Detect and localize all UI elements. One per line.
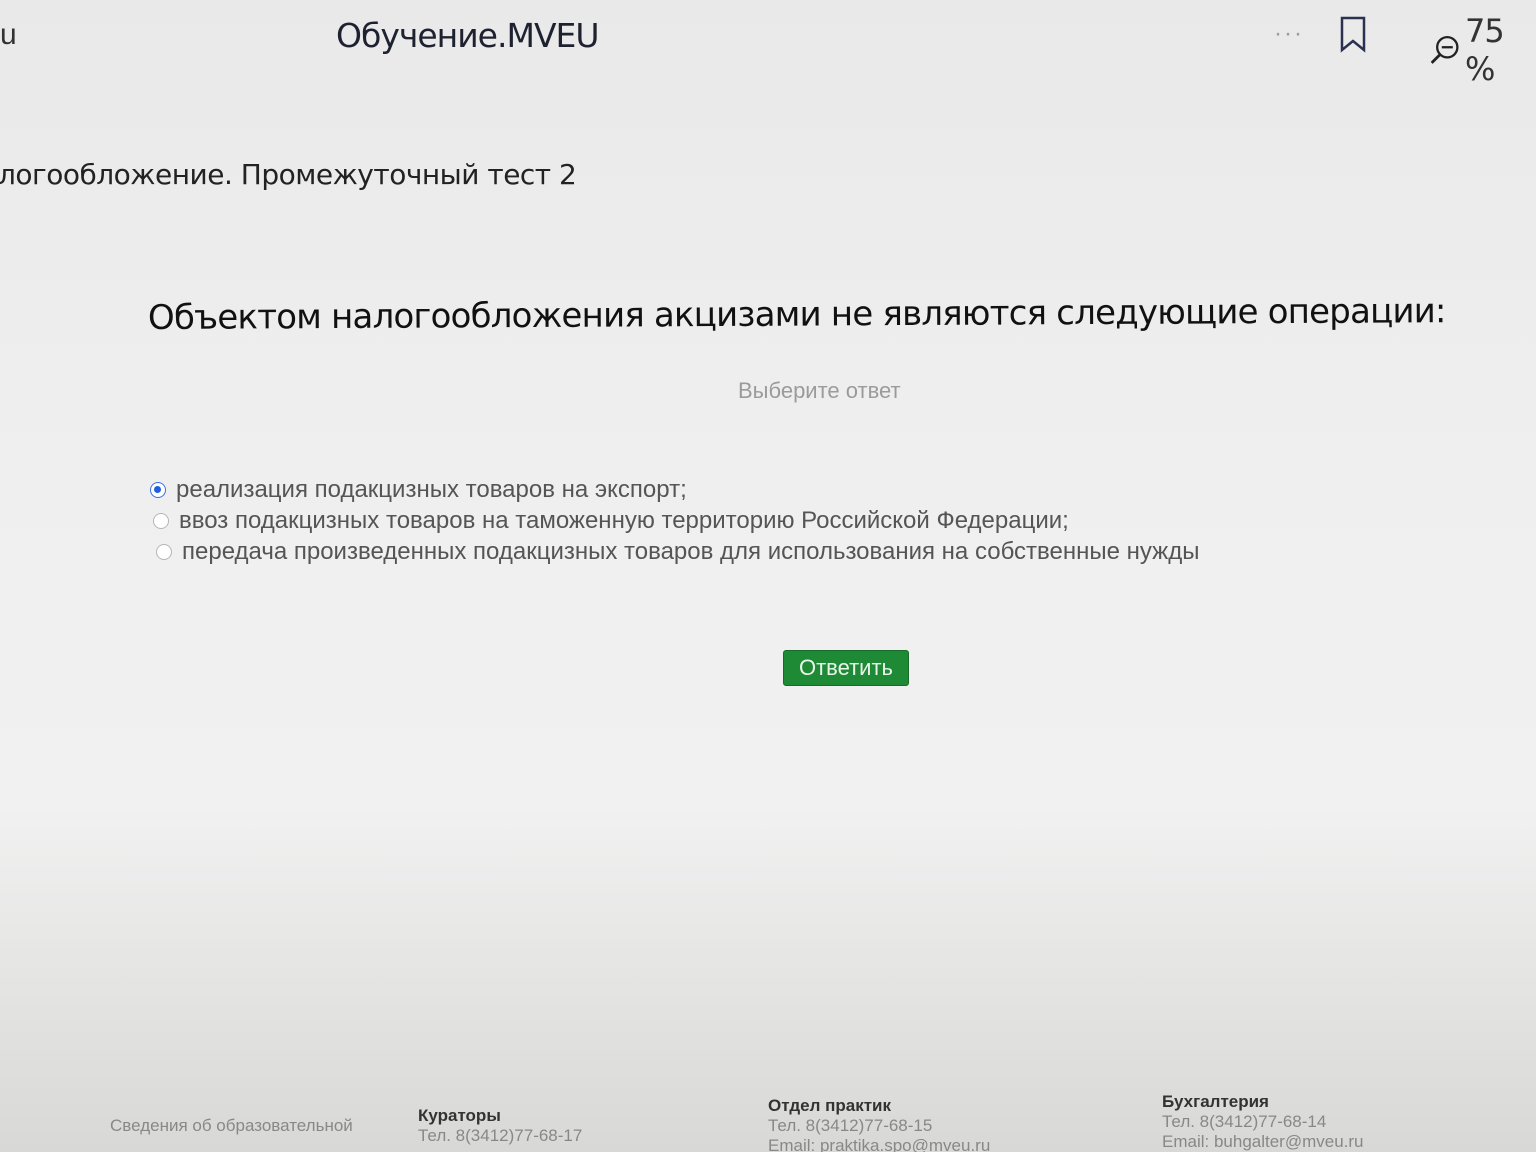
answer-option-label: реализация подакцизных товаров на экспор…: [176, 476, 687, 504]
footer-phone: Тел. 8(3412)77-68-17: [418, 1126, 582, 1146]
answer-option-label: ввоз подакцизных товаров на таможенную т…: [179, 507, 1069, 535]
submit-answer-button[interactable]: Ответить: [783, 650, 909, 686]
footer-email-link[interactable]: Email: buhgalter@mveu.ru: [1162, 1132, 1364, 1151]
footer-accounting: Бухгалтерия Тел. 8(3412)77-68-14 Email: …: [1162, 1092, 1364, 1152]
footer-heading: Отдел практик: [768, 1096, 990, 1116]
browser-toolbar: u Обучение.MVEU ··· 75 %: [0, 0, 1536, 80]
answer-option[interactable]: ввоз подакцизных товаров на таможенную т…: [153, 505, 1199, 536]
answer-option[interactable]: реализация подакцизных товаров на экспор…: [150, 474, 1199, 505]
radio-button[interactable]: [150, 482, 166, 498]
answer-option-label: передача произведенных подакцизных товар…: [182, 538, 1199, 566]
footer-info: Сведения об образовательной: [110, 1116, 353, 1136]
footer-phone: Тел. 8(3412)77-68-15: [768, 1116, 990, 1136]
zoom-out-icon[interactable]: [1428, 30, 1461, 70]
footer-curators: Кураторы Тел. 8(3412)77-68-17: [418, 1106, 582, 1146]
zoom-control[interactable]: 75 %: [1428, 12, 1536, 88]
footer-practice: Отдел практик Тел. 8(3412)77-68-15 Email…: [768, 1096, 990, 1152]
footer-email-link[interactable]: Email: praktika.spo@mveu.ru: [768, 1136, 990, 1152]
radio-button[interactable]: [153, 513, 169, 529]
answer-hint: Выберите ответ: [738, 378, 901, 404]
footer-heading: Бухгалтерия: [1162, 1092, 1364, 1112]
zoom-level: 75 %: [1465, 12, 1536, 88]
answer-option[interactable]: передача произведенных подакцизных товар…: [156, 536, 1199, 567]
more-options-button[interactable]: ···: [1274, 20, 1304, 48]
footer-heading: Кураторы: [418, 1106, 582, 1126]
question-text: Объектом налогообложения акцизами не явл…: [148, 291, 1446, 338]
answer-options: реализация подакцизных товаров на экспор…: [150, 474, 1199, 567]
footer: Сведения об образовательной Кураторы Тел…: [0, 1090, 1536, 1152]
test-title: логообложение. Промежуточный тест 2: [0, 158, 576, 191]
tab-edge-text[interactable]: u: [0, 18, 17, 52]
app-title: Обучение.MVEU: [336, 16, 599, 55]
info-link[interactable]: Сведения об образовательной: [110, 1116, 353, 1135]
bookmark-icon[interactable]: [1336, 14, 1370, 54]
footer-phone: Тел. 8(3412)77-68-14: [1162, 1112, 1364, 1132]
radio-button[interactable]: [156, 544, 172, 560]
